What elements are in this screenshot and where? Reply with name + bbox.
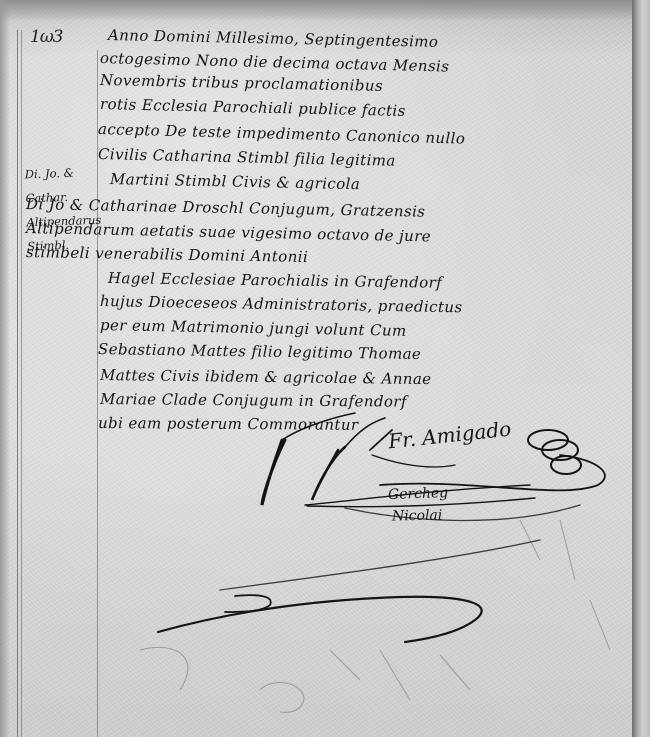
signature-nicolai: Nicolai [392, 508, 443, 525]
bleed-through-marks [140, 520, 610, 712]
scanned-register-page: 1ω3 Di. Jo. & Cathar. Altipendarus Stimb… [0, 0, 650, 737]
signature-gercheg: Gercheg [388, 485, 449, 503]
signature-flourish-icon [158, 413, 605, 642]
signatures-and-flourishes [0, 0, 650, 737]
